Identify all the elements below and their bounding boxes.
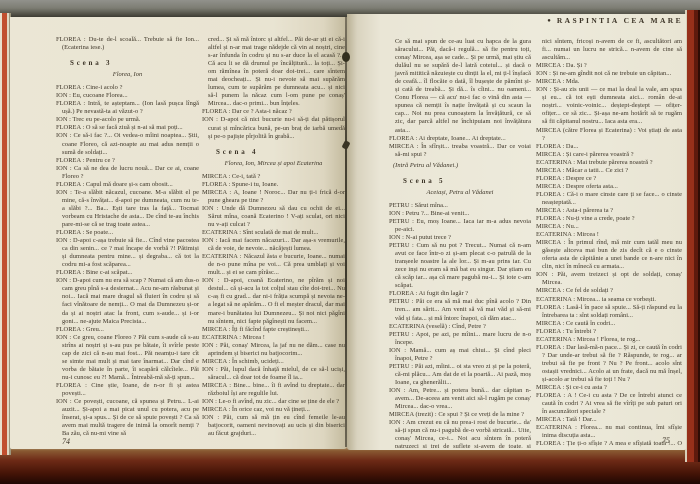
dialogue-paragraph: MIRCEA : În sfîrșit... treaba voastră...… xyxy=(389,143,531,159)
dialogue-paragraph: FLOREA : Tu întrebi ? xyxy=(536,328,682,336)
right-page-column-1: Ce să mai spun de ce-au luat cu hapca de… xyxy=(389,38,531,448)
book-scan-photo: ●RASPINTIA CEA MARE FLOREA : Du-te de-l … xyxy=(0,0,700,484)
dialogue-paragraph: MIRCEA : A, Ioane ! Noroc... Dar nu ți-i… xyxy=(202,189,345,205)
dialogue-paragraph: ION : Mamă... cum aș mai chiui... Și cîn… xyxy=(389,347,531,363)
dialogue-paragraph: ECATERINA : Mircea... ia seama ce vorbeș… xyxy=(536,296,682,304)
dialogue-paragraph: ECATERINA : Mircea ! xyxy=(536,231,682,239)
dialogue-paragraph: ION : D-apoi, coană Ecaterino, ne pîrăm … xyxy=(202,277,345,325)
dialogue-paragraph: ION : Păi, cum să mă țin eu cînd femeile… xyxy=(202,414,345,438)
dialogue-paragraph: FLOREA : Dar ce ? Asta-i năcaz ? xyxy=(202,108,345,116)
dialogue-paragraph: ION : Ce povești, cucoane, că spunea și … xyxy=(56,398,199,438)
dialogue-paragraph: FLOREA : Ție ți-o sfîșie ? A mea e sfîși… xyxy=(536,440,682,448)
dialogue-continuation: cred... Și să mă întorc și altfel... Păi… xyxy=(202,36,345,108)
dialogue-paragraph: FLOREA : Du-te de-l scoală... Trebuie să… xyxy=(56,36,199,52)
dialogue-paragraph: ECATERINA : Mircea ! xyxy=(202,334,345,342)
scene-heading: Scena 5 xyxy=(389,177,531,185)
dialogue-paragraph: MIRCEA : Asta-i părerea ta ? xyxy=(536,207,682,215)
dialogue-paragraph: MIRCEA : Și care-i părerea voastră ? xyxy=(536,151,682,159)
dialogue-paragraph: MIRCEA : Ce-i, tată ? xyxy=(202,173,345,181)
dialogue-paragraph: MIRCEA : Mda. xyxy=(536,78,682,86)
dialogue-paragraph: ECATERINA (veselă) : Cînd, Petre ? xyxy=(389,323,531,331)
dialogue-paragraph: FLOREA : Ai dreptate, Ioane... Ai drepta… xyxy=(389,135,531,143)
dialogue-paragraph: MIRCEA : Tată ! Dar... xyxy=(536,416,682,424)
dialogue-paragraph: ION : N-ai putut trece ? xyxy=(389,234,531,242)
dialogue-paragraph: FLOREA : Nu-ți vine a crede, poate ? xyxy=(536,215,682,223)
dialogue-paragraph: MIRCEA : Da. Și ? xyxy=(536,62,682,70)
dialogue-paragraph: FLOREA : Da... xyxy=(536,143,682,151)
dialogue-paragraph: ION : Le-o fi avînd, nu zic... dar cine … xyxy=(202,398,345,406)
dialogue-paragraph: MIRCEA : În schimb, ucideți... xyxy=(202,358,345,366)
dialogue-paragraph: MIRCEA : Despre oferta asta... xyxy=(536,183,682,191)
book-cover-right-edge xyxy=(685,10,700,462)
running-header-title: RASPINTIA CEA MARE xyxy=(557,16,683,25)
dialogue-paragraph: ION : Ca să ne dea de lucru nouă... Dar … xyxy=(56,165,199,181)
dialogue-paragraph: PETRU : Cum să nu pot ? Trecut... Numai … xyxy=(389,242,531,290)
dialogue-paragraph: MIRCEA : Nu... xyxy=(536,223,682,231)
dialogue-paragraph: ION : D-apoi că nici bucurie nu-i să-ți … xyxy=(202,116,345,140)
dialogue-paragraph: PETRU : Păi ce era să mă mai duc pînă ac… xyxy=(389,298,531,322)
dialogue-paragraph: MIRCEA : Bine... bine... îi fi avînd tu … xyxy=(202,382,345,398)
dialogue-paragraph: ION : Păi, conaș' Mircea, la jaf nu ne d… xyxy=(202,342,345,358)
dialogue-paragraph: ECATERINA : Sînt sculată de mai de mult.… xyxy=(202,229,345,237)
dialogue-paragraph: PETRU : Păi azi, mîini... oi sta vreo zi… xyxy=(389,363,531,387)
dialogue-paragraph: PETRU : Sărut mîna... xyxy=(389,202,531,210)
running-header: ●RASPINTIA CEA MARE xyxy=(515,16,683,25)
dialogue-paragraph: ION : Eu, cucoane Florea... xyxy=(56,92,199,100)
dialogue-paragraph: FLOREA : Despre ce ? xyxy=(536,175,682,183)
dialogue-paragraph: MIRCEA (către Florea și Ecaterina) : Voi… xyxy=(536,127,682,143)
dialogue-paragraph: ION : Păi, avem treizeci și opt de solda… xyxy=(536,271,682,287)
dialogue-paragraph: ECATERINA : Florea... nu mai continua, î… xyxy=(536,424,682,440)
scene-cast-list: Florea, Ion xyxy=(56,71,199,79)
right-page-column-2: nici sîntem, fricoși n-avem de ce fi, as… xyxy=(536,38,682,448)
dialogue-paragraph: FLOREA : A ! Ce-i cu asta ? De ce întreb… xyxy=(536,392,682,416)
dialogue-paragraph: FLOREA : Lasă-l în pace să spuie... Să-ț… xyxy=(536,304,682,320)
dialogue-paragraph: ION : Trec eu pe-acolo pe urmă. xyxy=(56,116,199,124)
dialogue-paragraph: ION : Te-a slăbit năcazul, cucoane. M-a … xyxy=(56,189,199,229)
dialogue-paragraph: MIRCEA : Și ce-i cu asta ? xyxy=(536,384,682,392)
dialogue-paragraph: FLOREA : Intră, te așteptam... (Ion lasă… xyxy=(56,100,199,116)
dialogue-paragraph: ION : Petru ?... Bine-ai venit... xyxy=(389,210,531,218)
dialogue-paragraph: ION : D-apoi cum nu era să scap ? Numai … xyxy=(56,277,199,325)
dialogue-paragraph: FLOREA : Pentru ce ? xyxy=(56,157,199,165)
dialogue-continuation: nici sîntem, fricoși n-avem de ce fi, as… xyxy=(536,38,682,62)
dialogue-paragraph: FLOREA : Capul mă doare și-s cam obosit.… xyxy=(56,181,199,189)
dialogue-paragraph: ECATERINA : Mai trebuie părerea noastră … xyxy=(536,159,682,167)
dialogue-paragraph: FLOREA : Că-i o mare cinste care ți se f… xyxy=(536,191,682,207)
dialogue-paragraph: MIRCEA (trezit) : Ce spui ? Și ce vreți … xyxy=(389,411,531,419)
stage-direction: (Intră Petru al Vădanei.) xyxy=(389,162,531,170)
left-page-column-1: FLOREA : Du-te de-l scoală... Trebuie să… xyxy=(56,36,199,450)
dialogue-paragraph: FLOREA : Spune-i tu, Ioane. xyxy=(202,181,345,189)
dialogue-paragraph: MIRCEA : În primul rînd, mă mir cum tată… xyxy=(536,239,682,271)
dialogue-paragraph: ION : Păi, lupul dacă înhață mielul, de … xyxy=(202,366,345,382)
dialogue-paragraph: MIRCEA : Măcar a tatii... Ce zici ? xyxy=(536,167,682,175)
left-page-column-2: cred... Și să mă întorc și altfel... Păi… xyxy=(202,36,345,450)
dialogue-paragraph: MIRCEA : Îți fi făcînd fapte creștinești… xyxy=(202,326,345,334)
dialogue-paragraph: ION : D-apoi c-așa trebuie să fie... Cîn… xyxy=(56,237,199,269)
dialogue-paragraph: FLOREA : Cine-i acolo ? xyxy=(56,84,199,92)
dialogue-paragraph: ION : Unde dă Dumnezeu să dau cu ochii d… xyxy=(202,205,345,229)
dialogue-paragraph: FLOREA : Greu... xyxy=(56,326,199,334)
book-gutter xyxy=(345,17,347,447)
dialogue-paragraph: FLOREA : Cine știe, Ioane, de n-or fi și… xyxy=(56,382,199,398)
dialogue-paragraph: ECATERINA : Năcazul ăsta e bucurie, Ioan… xyxy=(202,253,345,277)
dialogue-paragraph: ION : Și ne-am gîndit noi că ne trebuie … xyxy=(536,70,682,78)
dialogue-paragraph: PETRU : Eu, moș Ioane... Iaca iar m-a ad… xyxy=(389,218,531,234)
right-page-number: 75 xyxy=(662,436,670,445)
dialogue-paragraph: FLOREA : Dar lasă-mă-n pace... Și zi, ce… xyxy=(536,344,682,384)
scene-heading: Scena 4 xyxy=(202,148,345,156)
left-page-number: 74 xyxy=(62,437,70,446)
book-cover-bottom xyxy=(0,446,700,484)
dialogue-paragraph: ION : Ce greu, coane Floreo ? Păi cum s-… xyxy=(56,334,199,382)
scene-heading: Scena 3 xyxy=(56,59,199,67)
dialogue-continuation: Ce să mai spun de ce-au luat cu hapca de… xyxy=(389,38,531,135)
dialogue-paragraph: ION : Ce să-i fac ?... Oi vedea-o mîini … xyxy=(56,132,199,156)
dialogue-paragraph: ION : Am crezut eu că nu prea-i rost de … xyxy=(389,419,531,448)
dialogue-paragraph: MIRCEA : În orice caz, voi nu vă țineți.… xyxy=(202,406,345,414)
dialogue-paragraph: PETRU : Apoi, pe azi, pe mîini... mare l… xyxy=(389,331,531,347)
dialogue-paragraph: FLOREA : Se poate... xyxy=(56,229,199,237)
dialogue-paragraph: MIRCEA : Ce caută în codri... xyxy=(536,320,682,328)
dialogue-paragraph: ION : Am, Petre... și potera bună... dar… xyxy=(389,387,531,411)
scene-cast-list: Florea, Ion, Mircea și apoi Ecaterina xyxy=(202,160,345,168)
dialogue-paragraph: FLOREA : Ai fugit din lagăr ? xyxy=(389,290,531,298)
scene-cast-list: Aceiași, Petru al Vădanei xyxy=(389,189,531,197)
dialogue-paragraph: FLOREA : Bine c-ai scăpat... xyxy=(56,269,199,277)
dialogue-paragraph: MIRCEA : Ce fel de soldați ? xyxy=(536,287,682,295)
dialogue-paragraph: FLOREA : O să se facă ziuă și n-ai să ma… xyxy=(56,124,199,132)
dialogue-paragraph: ION : Iacă mai facem năcazuri... Dar așa… xyxy=(202,237,345,253)
dialogue-paragraph: ION : Și-au zis unii — ce mai la deal la… xyxy=(536,86,682,126)
header-bullet-icon: ● xyxy=(547,18,551,24)
dialogue-paragraph: ECATERINA : Mircea ! Florea, te rog... xyxy=(536,336,682,344)
